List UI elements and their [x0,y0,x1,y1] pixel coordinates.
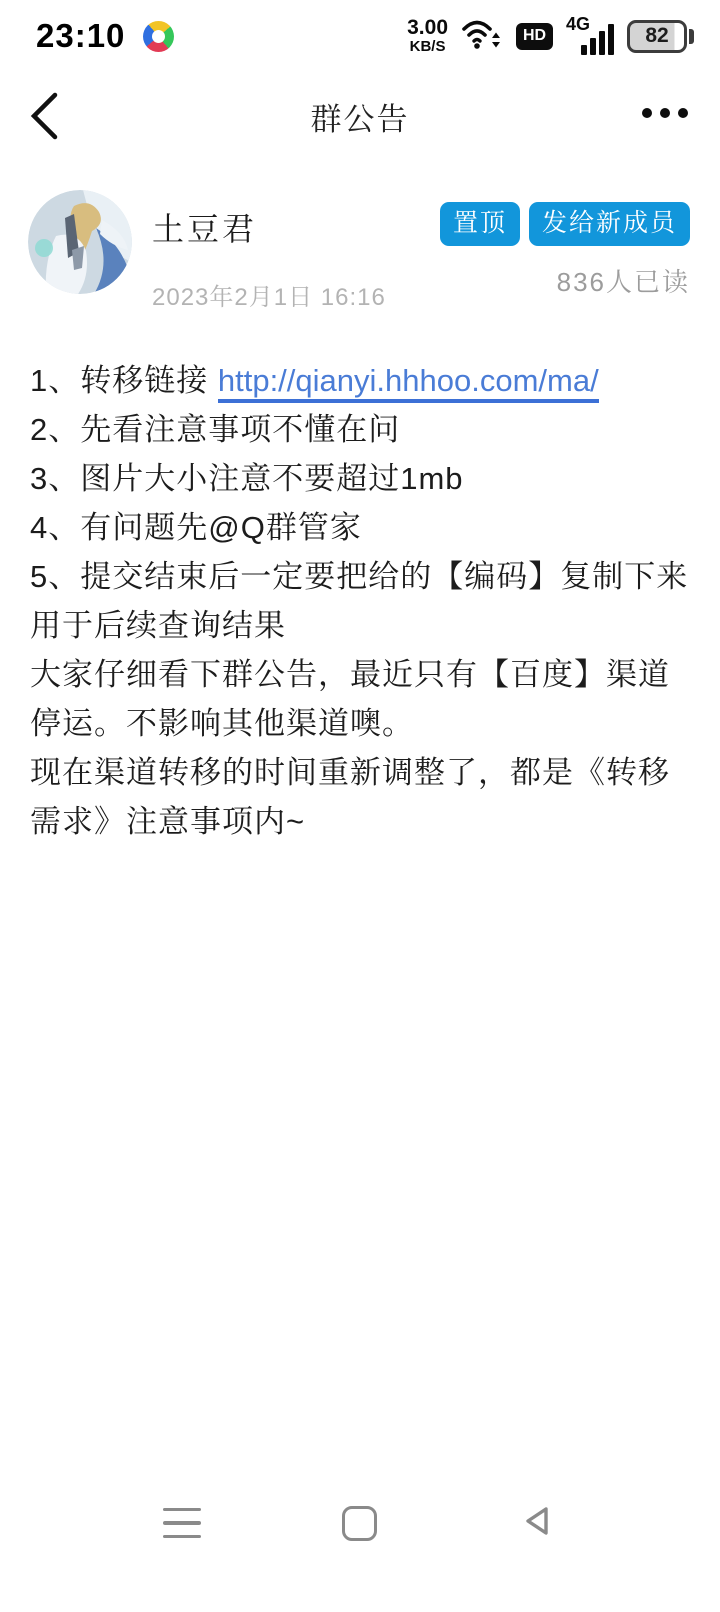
transfer-link[interactable]: http://qianyi.hhhoo.com/ma/ [218,363,599,403]
page-title: 群公告 [311,94,410,139]
announcement-line-4: 4、有问题先@Q群管家 [30,503,690,552]
announcement-body: 1、转移链接 http://qianyi.hhhoo.com/ma/ 2、先看注… [30,356,690,846]
battery-level: 82 [627,20,687,53]
battery-nub [689,29,694,44]
clock: 23:10 [36,17,125,55]
announcement-line-5: 5、提交结束后一定要把给的【编码】复制下来用于后续查询结果 [30,552,690,650]
announcement-line-2: 2、先看注意事项不懂在问 [30,405,690,454]
network-speed: 3.00 KB/S [407,17,448,55]
pin-button[interactable]: 置顶 [440,202,520,246]
system-back-button[interactable] [517,1502,557,1545]
announcement-line-3: 3、图片大小注意不要超过1mb [30,454,690,503]
battery-icon: 82 [627,20,694,53]
notification-pinwheel-icon [143,21,174,52]
status-bar: 23:10 3.00 KB/S HD 4G 82 [0,0,720,62]
home-button[interactable] [342,1506,377,1541]
author-name: 土豆君 [152,204,440,250]
announcement-paragraph-1: 大家仔细看下群公告，最近只有【百度】渠道停运。不影响其他渠道噢。 [30,650,690,748]
system-nav-bar [0,1492,720,1554]
back-button[interactable] [24,90,64,142]
read-count[interactable]: 836人已读 [440,262,690,299]
announcement-paragraph-2: 现在渠道转移的时间重新调整了，都是《转移需求》注意事项内~ [30,748,690,846]
send-to-new-members-button[interactable]: 发给新成员 [529,202,690,246]
network-speed-value: 3.00 [407,17,448,39]
wifi-icon [461,18,503,55]
announcement-line-1-text: 1、转移链接 [30,363,218,398]
more-options-button[interactable] [642,108,688,118]
announcement-header: 土豆君 2023年2月1日 16:16 置顶 发给新成员 836人已读 [28,190,690,312]
announcement-line-1: 1、转移链接 http://qianyi.hhhoo.com/ma/ [30,356,690,405]
network-speed-unit: KB/S [407,39,448,55]
page-header: 群公告 [0,80,720,152]
post-timestamp: 2023年2月1日 16:16 [152,277,440,312]
author-avatar[interactable] [28,190,132,294]
cellular-signal-icon: 4G [566,17,614,55]
hd-volte-icon: HD [516,23,553,50]
recents-menu-button[interactable] [163,1508,201,1539]
